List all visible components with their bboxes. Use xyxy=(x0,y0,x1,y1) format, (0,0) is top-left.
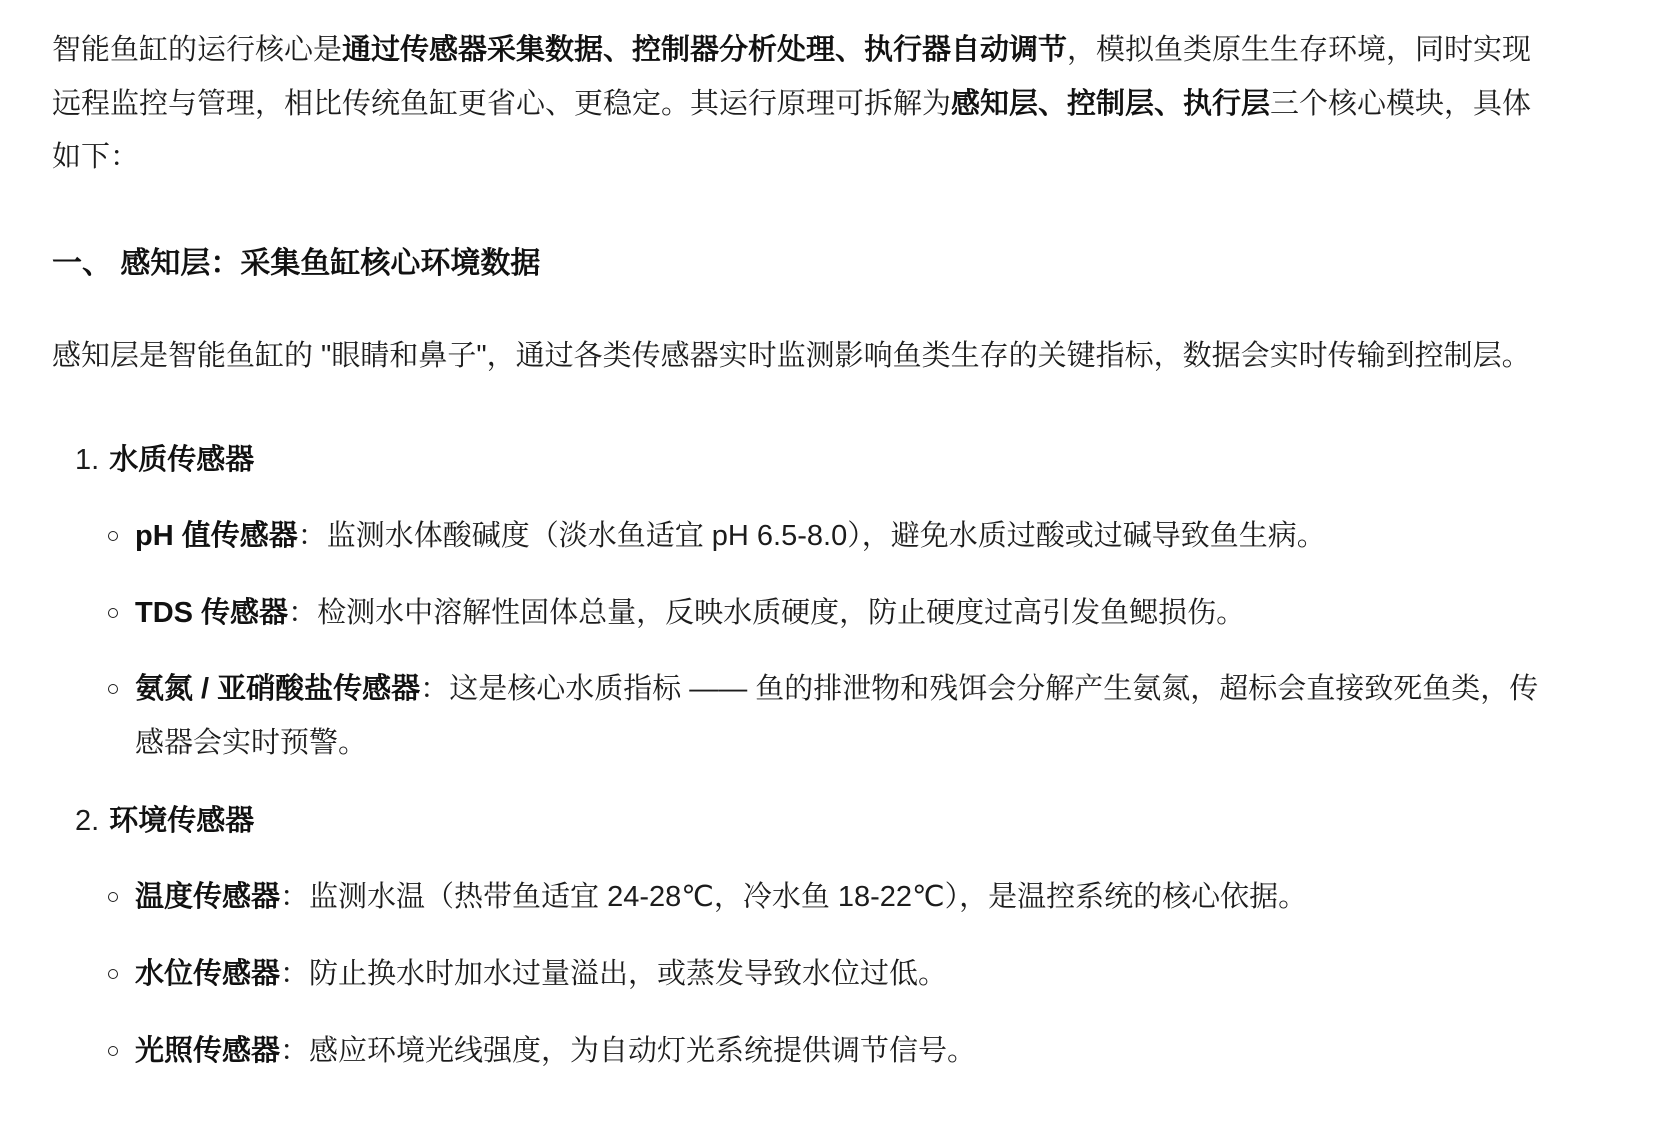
bullet-term: 温度传感器 xyxy=(135,881,280,913)
sublist-item-ammonia-nitrite-sensor: 氨氮 / 亚硝酸盐传感器：这是核心水质指标 —— 鱼的排泄物和残饵会分解产生氨氮… xyxy=(135,663,1544,770)
section-heading: 一、 感知层：采集鱼缸核心环境数据 xyxy=(52,241,1544,286)
intro-paragraph: 智能鱼缸的运行核心是通过传感器采集数据、控制器分析处理、执行器自动调节，模拟鱼类… xyxy=(52,24,1544,185)
sublist-water-quality: pH 值传感器：监测水体酸碱度（淡水鱼适宜 pH 6.5-8.0），避免水质过酸… xyxy=(75,510,1544,771)
intro-bold-segment: 感知层、控制层、执行层 xyxy=(951,88,1270,120)
bullet-description: 监测水体酸碱度（淡水鱼适宜 pH 6.5-8.0），避免水质过酸或过碱导致鱼生病… xyxy=(327,520,1326,552)
sublist-item-temperature-sensor: 温度传感器：监测水温（热带鱼适宜 24-28℃，冷水鱼 18-22℃），是温控系… xyxy=(135,871,1544,925)
list-item-title: 水质传感器 xyxy=(109,444,254,476)
bullet-separator: ： xyxy=(280,958,309,990)
bullet-description: 检测水中溶解性固体总量，反映水质硬度，防止硬度过高引发鱼鳃损伤。 xyxy=(317,597,1245,629)
bullet-separator: ： xyxy=(280,1035,309,1067)
sublist-item-water-level-sensor: 水位传感器：防止换水时加水过量溢出，或蒸发导致水位过低。 xyxy=(135,948,1544,1002)
bullet-term: 光照传感器 xyxy=(135,1035,280,1067)
intro-bold-segment: 通过传感器采集数据、控制器分析处理、执行器自动调节 xyxy=(342,34,1067,66)
bullet-term: TDS 传感器 xyxy=(135,597,288,629)
sublist-item-ph-sensor: pH 值传感器：监测水体酸碱度（淡水鱼适宜 pH 6.5-8.0），避免水质过酸… xyxy=(135,510,1544,564)
bullet-term: pH 值传感器 xyxy=(135,520,298,552)
list-item-title: 环境传感器 xyxy=(109,805,254,837)
sublist-item-tds-sensor: TDS 传感器：检测水中溶解性固体总量，反映水质硬度，防止硬度过高引发鱼鳃损伤。 xyxy=(135,587,1544,641)
bullet-description: 感应环境光线强度，为自动灯光系统提供调节信号。 xyxy=(309,1035,976,1067)
list-item-number: 1. xyxy=(75,444,99,476)
list-item-water-quality-sensors: 1.水质传感器 pH 值传感器：监测水体酸碱度（淡水鱼适宜 pH 6.5-8.0… xyxy=(75,434,1544,771)
bullet-term: 水位传感器 xyxy=(135,958,280,990)
list-item-number: 2. xyxy=(75,805,99,837)
section-description: 感知层是智能鱼缸的 "眼睛和鼻子"，通过各类传感器实时监测影响鱼类生存的关键指标… xyxy=(52,330,1544,384)
bullet-separator: ： xyxy=(420,673,449,705)
list-item-environment-sensors: 2.环境传感器 温度传感器：监测水温（热带鱼适宜 24-28℃，冷水鱼 18-2… xyxy=(75,795,1544,1079)
document: 智能鱼缸的运行核心是通过传感器采集数据、控制器分析处理、执行器自动调节，模拟鱼类… xyxy=(0,0,1544,1142)
bullet-separator: ： xyxy=(288,597,317,629)
bullet-term: 氨氮 / 亚硝酸盐传感器 xyxy=(135,673,420,705)
bullet-description: 监测水温（热带鱼适宜 24-28℃，冷水鱼 18-22℃），是温控系统的核心依据… xyxy=(309,881,1307,913)
bullet-description: 防止换水时加水过量溢出，或蒸发导致水位过低。 xyxy=(309,958,947,990)
sublist-item-light-sensor: 光照传感器：感应环境光线强度，为自动灯光系统提供调节信号。 xyxy=(135,1025,1544,1079)
sensor-list: 1.水质传感器 pH 值传感器：监测水体酸碱度（淡水鱼适宜 pH 6.5-8.0… xyxy=(52,434,1544,1079)
intro-segment: 智能鱼缸的运行核心是 xyxy=(52,34,342,66)
bullet-separator: ： xyxy=(298,520,327,552)
sublist-environment: 温度传感器：监测水温（热带鱼适宜 24-28℃，冷水鱼 18-22℃），是温控系… xyxy=(75,871,1544,1078)
bullet-separator: ： xyxy=(280,881,309,913)
